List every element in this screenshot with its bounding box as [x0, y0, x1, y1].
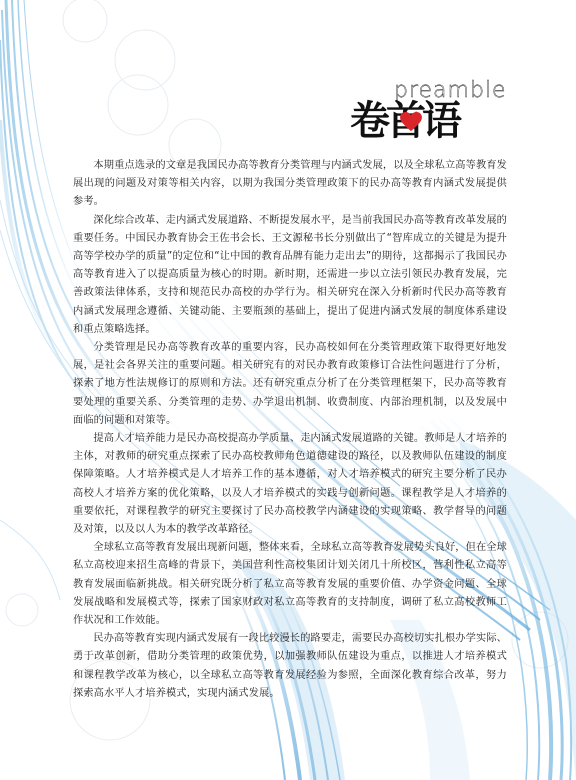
- paragraph-conclusion: 民办高等教育实现内涵式发展有一段比较漫长的路要走，需要民办高校切实扎根办学实际、…: [73, 630, 507, 703]
- paragraph-talent-cultivation: 提高人才培养能力是民办高校提高办学质量、走内涵式发展道路的关键。教师是人才培养的…: [73, 430, 507, 539]
- paragraph-global-private-education: 全球私立高等教育发展出现新问题，整体来看，全球私立高等教育发展势头良好，但在全球…: [73, 539, 507, 630]
- document-page: preamble 卷首语 本期重点选录的文章是我国民办高等教育分类管理与内涵式发…: [0, 0, 576, 780]
- preamble-logo: preamble 卷首语: [350, 78, 500, 150]
- paragraph-classified-management: 分类管理是民办高等教育改革的重要内容，民办高校如何在分类管理政策下取得更好地发展…: [73, 339, 507, 430]
- heart-icon: [400, 112, 422, 132]
- paragraph-intro: 本期重点选录的文章是我国民办高等教育分类管理与内涵式发展，以及全球私立高等教育发…: [73, 157, 507, 212]
- preamble-body: 本期重点选录的文章是我国民办高等教育分类管理与内涵式发展，以及全球私立高等教育发…: [73, 157, 507, 703]
- paragraph-connotative-development: 深化综合改革、走内涵式发展道路、不断提发展水平，是当前我国民办高等教育改革发展的…: [73, 212, 507, 339]
